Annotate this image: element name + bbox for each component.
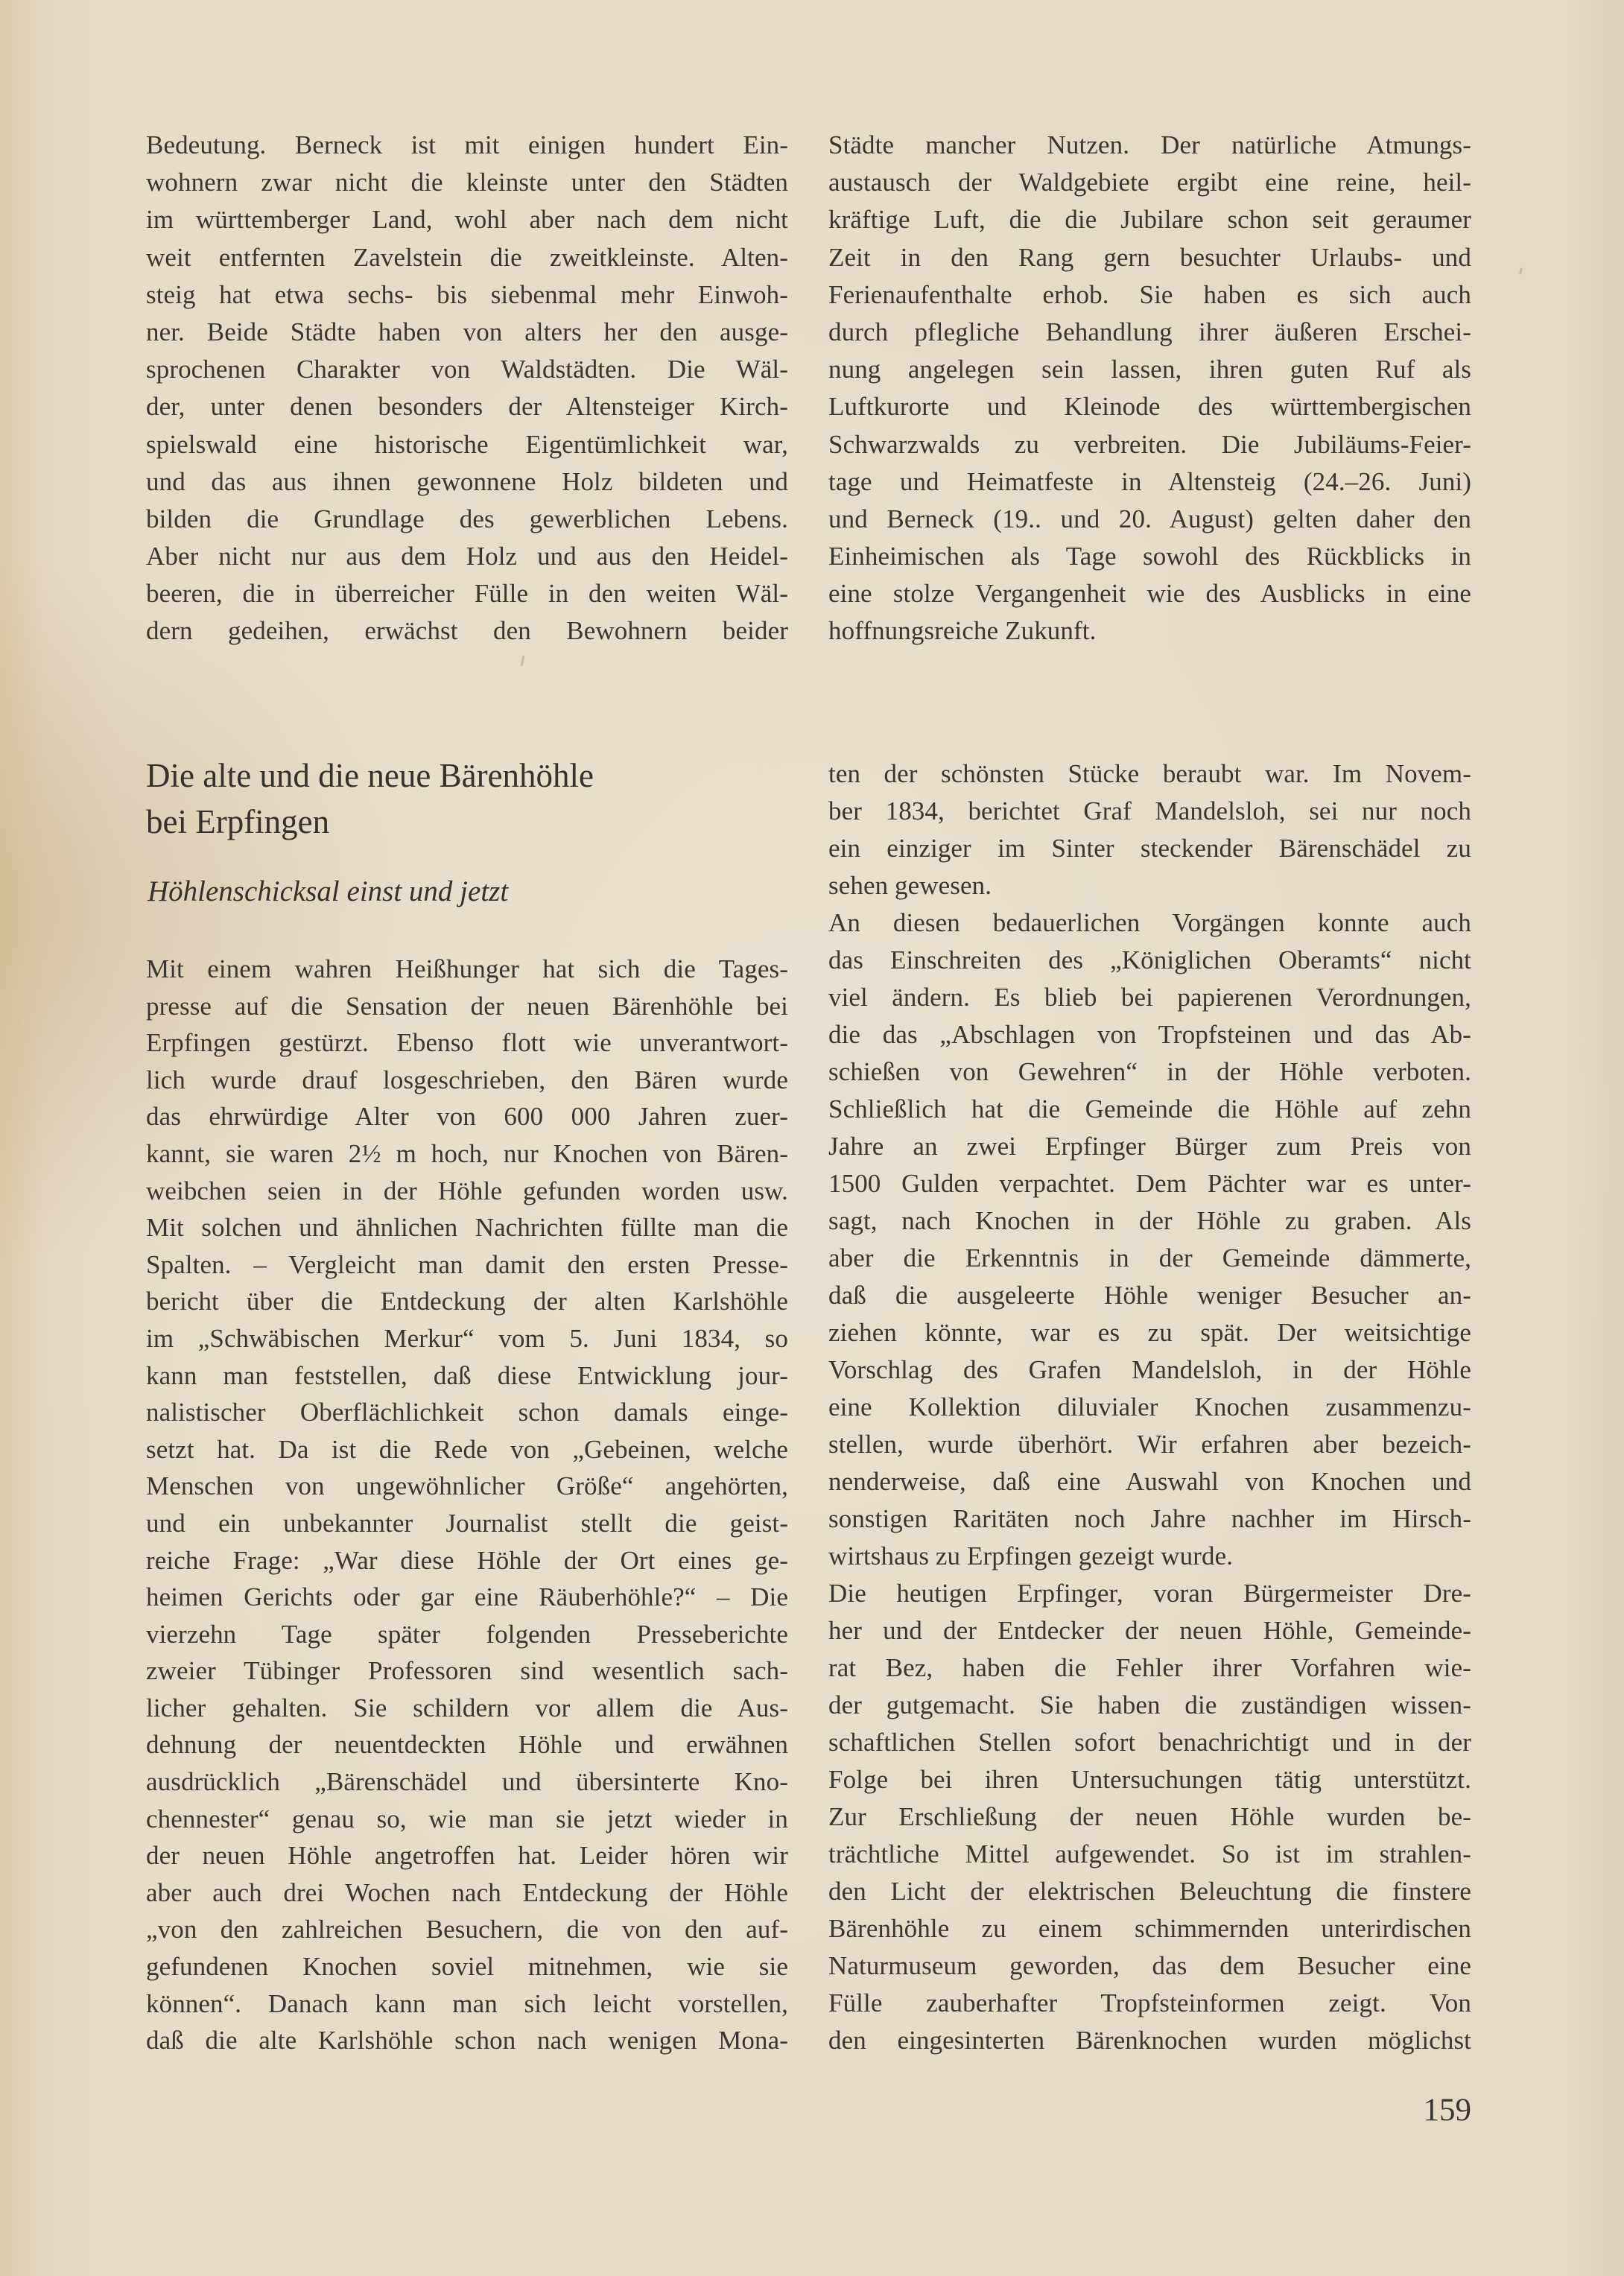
text-line: stellen, wurde überhört. Wir erfahren ab… (828, 1426, 1471, 1463)
previous-article-right-column: Städte mancher Nutzen. Der natürliche At… (828, 127, 1471, 650)
text-line: Städte mancher Nutzen. Der natürliche At… (828, 127, 1471, 164)
text-line: sonstigen Raritäten noch Jahre nachher i… (828, 1500, 1471, 1538)
text-line: zweier Tübinger Professoren sind wesentl… (146, 1652, 788, 1690)
text-line: gefundenen Knochen soviel mitnehmen, wie… (146, 1948, 788, 1985)
text-line: im württemberger Land, wohl aber nach de… (146, 201, 788, 238)
text-line: Naturmuseum geworden, das dem Besucher e… (828, 1947, 1471, 1985)
previous-article-left-column: Bedeutung. Berneck ist mit einigen hunde… (146, 127, 788, 650)
text-line: Die heutigen Erpfinger, voran Bürgermeis… (828, 1575, 1471, 1612)
text-line: ein einziger im Sinter steckender Bärens… (828, 830, 1471, 867)
text-line: vierzehn Tage später folgenden Presseber… (146, 1616, 788, 1653)
text-line: trächtliche Mittel aufgewendet. So ist i… (828, 1836, 1471, 1873)
text-line: ber 1834, berichtet Graf Mandelsloh, sei… (828, 793, 1471, 830)
text-line: Aber nicht nur aus dem Holz und aus den … (146, 538, 788, 575)
text-line: An diesen bedauerlichen Vorgängen konnte… (828, 904, 1471, 942)
text-line: kannt, sie waren 2½ m hoch, nur Knochen … (146, 1135, 788, 1173)
text-line: der, unter denen besonders der Altenstei… (146, 388, 788, 425)
text-line: Folge bei ihren Untersuchungen tätig unt… (828, 1761, 1471, 1798)
text-line: die das „Abschlagen von Tropfsteinen und… (828, 1016, 1471, 1053)
text-line: aber auch drei Wochen nach Entdeckung de… (146, 1874, 788, 1912)
article-title: Die alte und die neue Bärenhöhle bei Erp… (146, 752, 802, 845)
text-line: ausdrücklich „Bärenschädel und übersinte… (146, 1763, 788, 1801)
text-line: schießen von Gewehren“ in der Höhle verb… (828, 1053, 1471, 1091)
text-line: Mit einem wahren Heißhunger hat sich die… (146, 951, 788, 988)
text-line: nung angelegen sein lassen, ihren guten … (828, 351, 1471, 388)
text-line: nalistischer Oberflächlichkeit schon dam… (146, 1394, 788, 1431)
text-line: wirtshaus zu Erpfingen gezeigt wurde. (828, 1538, 1471, 1575)
text-line: Bärenhöhle zu einem schimmernden unterir… (828, 1910, 1471, 1947)
text-line: her und der Entdecker der neuen Höhle, G… (828, 1612, 1471, 1649)
article-title-line: bei Erpfingen (146, 799, 802, 845)
text-line: spielswald eine historische Eigentümlich… (146, 426, 788, 463)
text-line: Luftkurorte und Kleinode des württemberg… (828, 388, 1471, 425)
text-line: das ehrwürdige Alter von 600 000 Jahren … (146, 1098, 788, 1135)
text-line: und das aus ihnen gewonnene Holz bildete… (146, 463, 788, 501)
article-title-line: Die alte und die neue Bärenhöhle (146, 752, 802, 799)
paper-speck (521, 656, 525, 666)
text-line: steig hat etwa sechs- bis siebenmal mehr… (146, 276, 788, 314)
text-line: „von den zahlreichen Besuchern, die von … (146, 1911, 788, 1948)
paper-speck (1519, 268, 1523, 274)
text-line: daß die alte Karlshöhle schon nach wenig… (146, 2022, 788, 2059)
text-line: dehnung der neuentdeckten Höhle und erwä… (146, 1726, 788, 1763)
text-line: rat Bez, haben die Fehler ihrer Vorfahre… (828, 1649, 1471, 1687)
text-line: den Licht der elektrischen Beleuchtung d… (828, 1873, 1471, 1910)
text-line: der neuen Höhle angetroffen hat. Leider … (146, 1837, 788, 1874)
text-line: der gutgemacht. Sie haben die zuständige… (828, 1687, 1471, 1724)
text-line: eine stolze Vergangenheit wie des Ausbli… (828, 575, 1471, 612)
text-line: tage und Heimatfeste in Altensteig (24.–… (828, 463, 1471, 501)
text-line: Mit solchen und ähnlichen Nachrichten fü… (146, 1209, 788, 1246)
text-line: nenderweise, daß eine Auswahl von Knoche… (828, 1463, 1471, 1500)
text-line: chennester“ genau so, wie man sie jetzt … (146, 1801, 788, 1838)
text-line: Fülle zauberhafter Tropfsteinformen zeig… (828, 1985, 1471, 2022)
text-line: Vorschlag des Grafen Mandelsloh, in der … (828, 1351, 1471, 1389)
text-line: sprochenen Charakter von Waldstädten. Di… (146, 351, 788, 388)
text-line: ten der schönsten Stücke beraubt war. Im… (828, 755, 1471, 793)
text-line: dern gedeihen, erwächst den Bewohnern be… (146, 612, 788, 650)
text-line: sehen gewesen. (828, 867, 1471, 904)
text-line: das Einschreiten des „Königlichen Oberam… (828, 942, 1471, 979)
text-line: durch pflegliche Behandlung ihrer äußere… (828, 314, 1471, 351)
text-line: Einheimischen als Tage sowohl des Rückbl… (828, 538, 1471, 575)
text-line: hoffnungsreiche Zukunft. (828, 612, 1471, 650)
text-line: heimen Gerichts oder gar eine Räuberhöhl… (146, 1579, 788, 1616)
text-line: austausch der Waldgebiete ergibt eine re… (828, 164, 1471, 201)
text-line: bilden die Grundlage des gewerblichen Le… (146, 501, 788, 538)
text-line: beeren, die in überreicher Fülle in den … (146, 575, 788, 612)
text-line: setzt hat. Da ist die Rede von „Gebeinen… (146, 1431, 788, 1468)
text-line: wohnern zwar nicht die kleinste unter de… (146, 164, 788, 201)
text-line: Bedeutung. Berneck ist mit einigen hunde… (146, 127, 788, 164)
text-line: licher gehalten. Sie schildern vor allem… (146, 1690, 788, 1727)
text-line: 1500 Gulden verpachtet. Dem Pächter war … (828, 1165, 1471, 1202)
text-line: Menschen von ungewöhnlicher Größe“ angeh… (146, 1468, 788, 1505)
text-line: Schließlich hat die Gemeinde die Höhle a… (828, 1091, 1471, 1128)
text-line: kräftige Luft, die die Jubilare schon se… (828, 201, 1471, 238)
text-line: schaftlichen Stellen sofort benachrichti… (828, 1724, 1471, 1761)
text-line: den eingesinterten Bärenknochen wurden m… (828, 2022, 1471, 2059)
text-line: weibchen seien in der Höhle gefunden wor… (146, 1173, 788, 1210)
text-line: und Berneck (19.. und 20. August) gelten… (828, 501, 1471, 538)
article-subtitle: Höhlenschicksal einst und jetzt (148, 873, 803, 910)
text-line: daß die ausgeleerte Höhle weniger Besuch… (828, 1277, 1471, 1314)
text-line: sagt, nach Knochen in der Höhle zu grabe… (828, 1202, 1471, 1240)
text-line: lich wurde drauf losgeschrieben, den Bär… (146, 1062, 788, 1099)
text-line: kann man feststellen, daß diese Entwickl… (146, 1357, 788, 1395)
text-line: Schwarzwalds zu verbreiten. Die Jubiläum… (828, 426, 1471, 463)
text-line: können“. Danach kann man sich leicht vor… (146, 1985, 788, 2023)
text-line: Zur Erschließung der neuen Höhle wurden … (828, 1798, 1471, 1836)
text-line: bericht über die Entdeckung der alten Ka… (146, 1283, 788, 1320)
text-line: ner. Beide Städte haben von alters her d… (146, 314, 788, 351)
text-line: viel ändern. Es blieb bei papierenen Ver… (828, 979, 1471, 1016)
text-line: Ferienaufenthalte erhob. Sie haben es si… (828, 276, 1471, 314)
text-line: im „Schwäbischen Merkur“ vom 5. Juni 183… (146, 1320, 788, 1357)
article-right-column: ten der schönsten Stücke beraubt war. Im… (828, 755, 1471, 2059)
text-line: weit entfernten Zavelstein die zweitklei… (146, 239, 788, 276)
text-line: Jahre an zwei Erpfinger Bürger zum Preis… (828, 1128, 1471, 1165)
text-line: Spalten. – Vergleicht man damit den erst… (146, 1246, 788, 1284)
page-number: 159 (1424, 2092, 1472, 2129)
text-line: Zeit in den Rang gern besuchter Urlaubs-… (828, 239, 1471, 276)
text-line: ziehen könnte, war es zu spät. Der weits… (828, 1314, 1471, 1351)
text-line: presse auf die Sensation der neuen Bären… (146, 988, 788, 1025)
article-left-column: Mit einem wahren Heißhunger hat sich die… (146, 951, 788, 2059)
text-line: Erpfingen gestürzt. Ebenso flott wie unv… (146, 1024, 788, 1062)
text-line: aber die Erkenntnis in der Gemeinde dämm… (828, 1240, 1471, 1277)
text-line: reiche Frage: „War diese Höhle der Ort e… (146, 1542, 788, 1579)
text-line: eine Kollektion diluvialer Knochen zusam… (828, 1389, 1471, 1426)
text-line: und ein unbekannter Journalist stellt di… (146, 1505, 788, 1542)
